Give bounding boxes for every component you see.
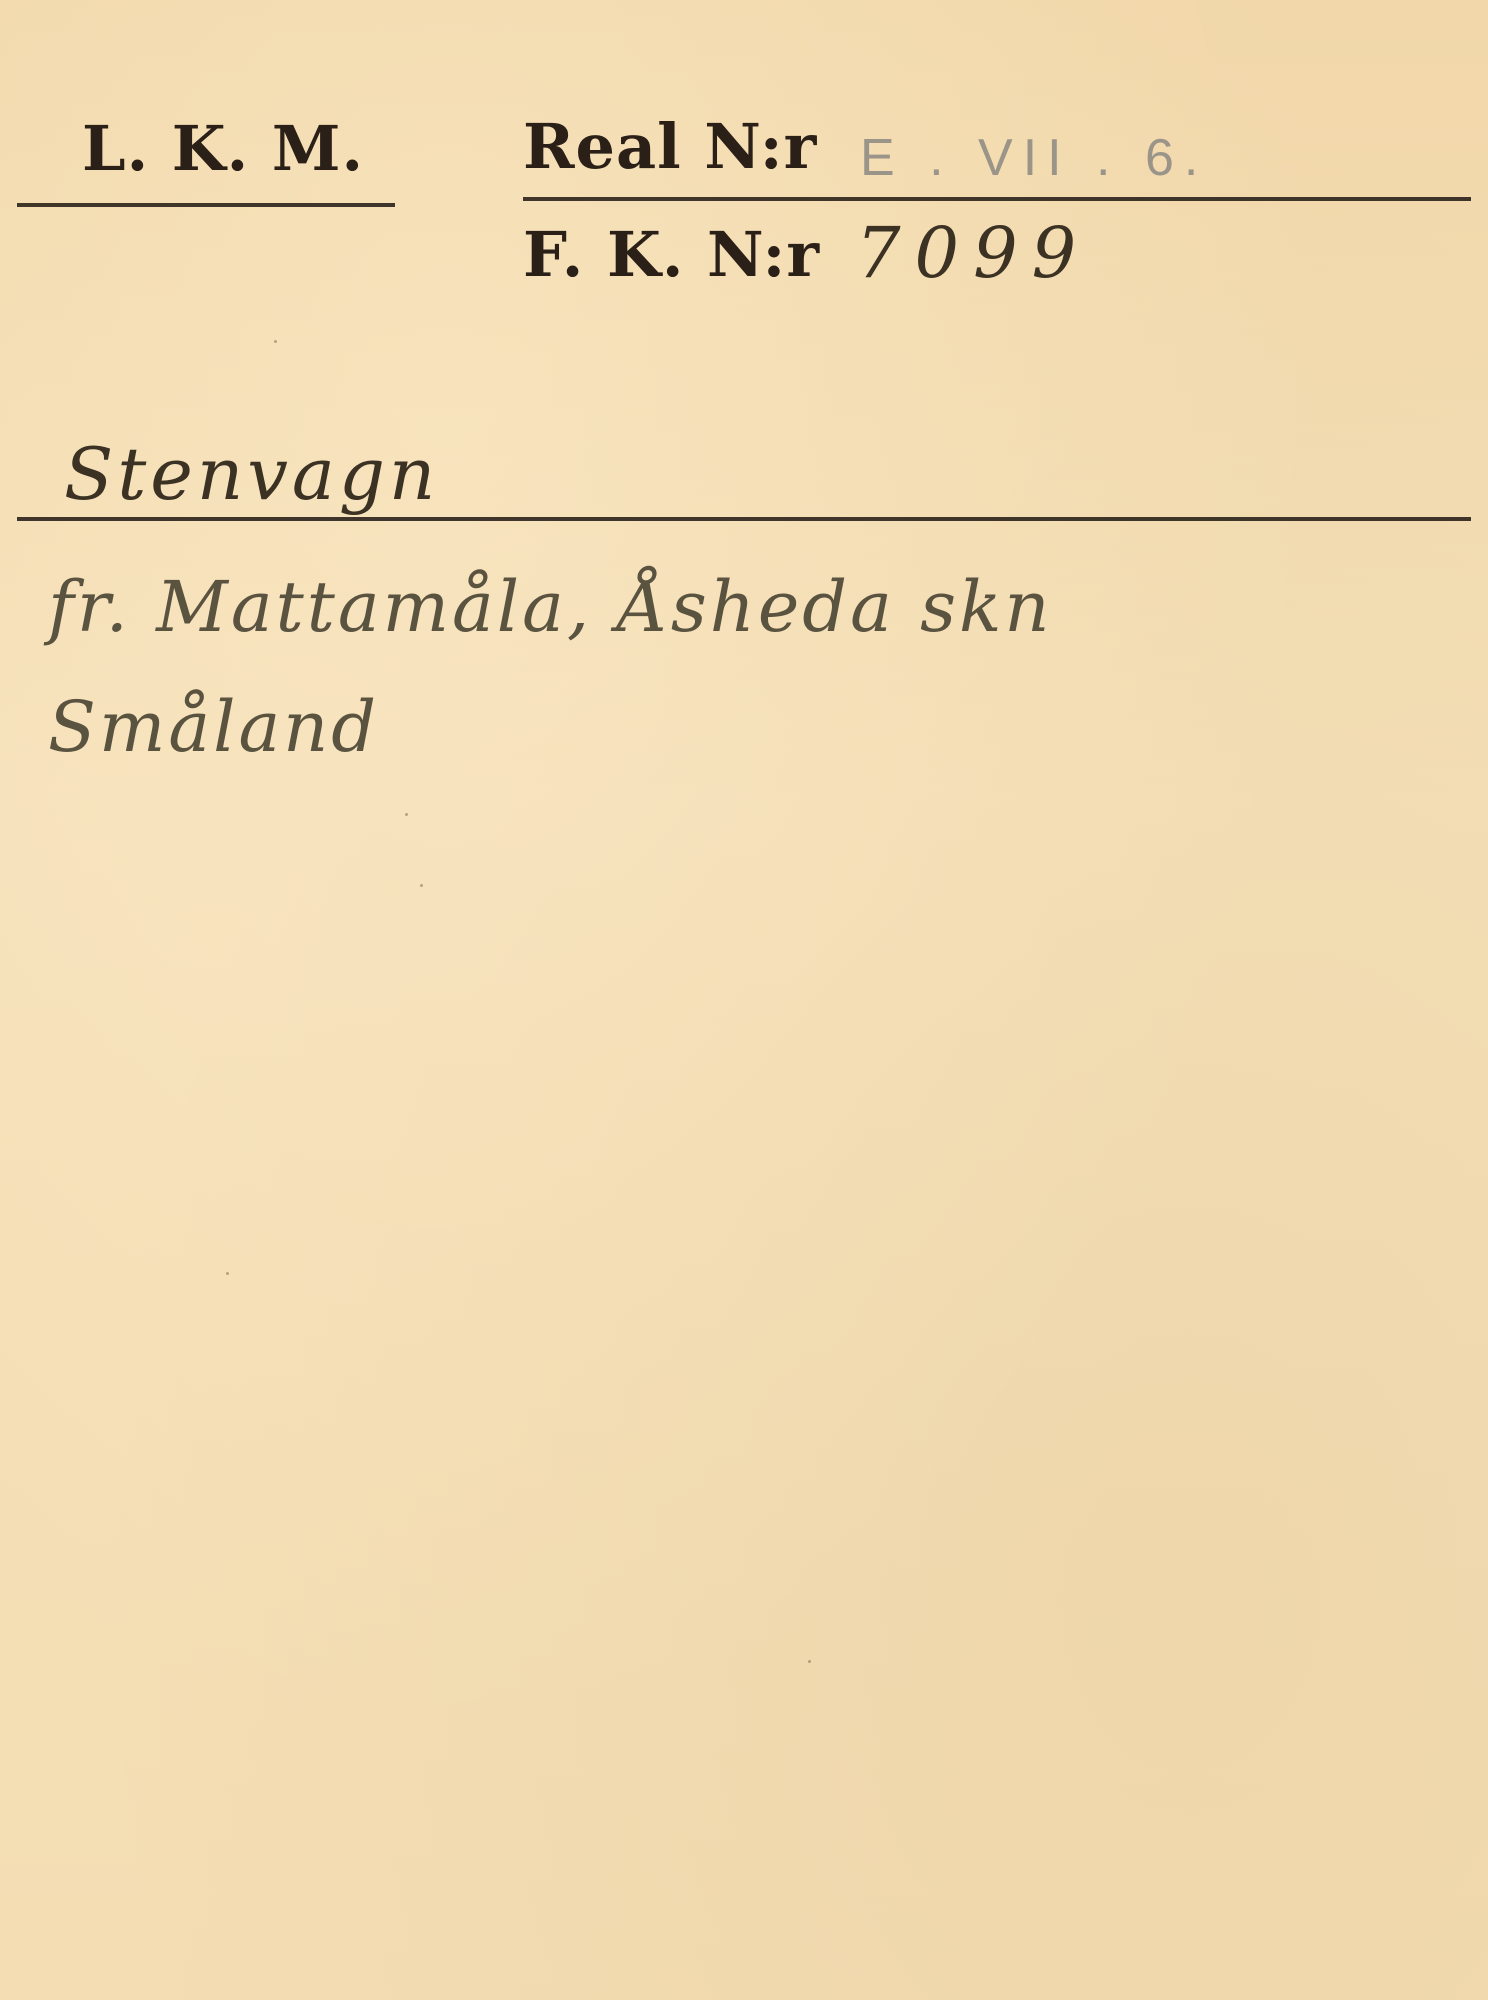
institution-underline <box>17 203 395 207</box>
archive-card: L. K. M. Real N:r E . VII . 6. F. K. N:r… <box>0 0 1488 2000</box>
paper-speck <box>226 1272 229 1275</box>
real-nr-underline <box>523 197 1471 201</box>
real-nr-label: Real N:r <box>523 110 817 183</box>
paper-speck <box>274 340 277 343</box>
paper-speck <box>420 884 423 887</box>
provenance-line-2: Småland <box>48 686 379 768</box>
institution-label: L. K. M. <box>82 112 364 185</box>
object-title: Stenvagn <box>64 432 439 516</box>
fk-nr-label: F. K. N:r <box>523 218 820 291</box>
real-nr-value: E . VII . 6. <box>860 128 1208 188</box>
fk-nr-value: 7099 <box>856 212 1090 294</box>
provenance-line-1: fr. Mattamåla, Åsheda skn <box>48 566 1053 648</box>
paper-speck <box>405 813 408 816</box>
title-underline <box>17 517 1471 521</box>
paper-speck <box>808 1660 811 1663</box>
